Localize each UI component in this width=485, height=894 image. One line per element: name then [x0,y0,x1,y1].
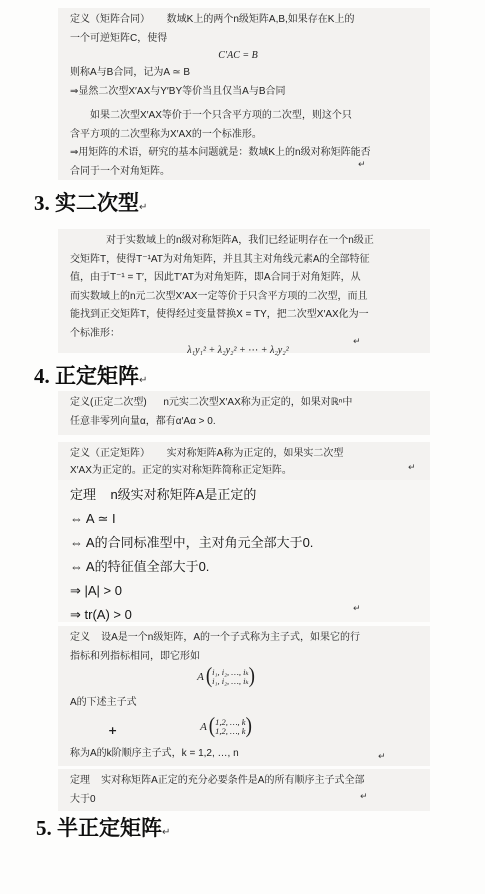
formula-row: 1,2, …, k [215,727,245,737]
text-line: ⇒ tr(A) > 0 [70,603,418,627]
text-line: ⇔ A的合同标准型中，主对角元全部大于0. [70,531,418,555]
paragraph-mark: ↵ [162,827,170,838]
text-line: 值，由于T⁻¹ = T′，因此T′AT为对角矩阵，即A合同于对角矩阵，从 [70,269,418,288]
formula-leading-principal-minor: A ( 1,2, …, k 1,2, …, k ) [76,714,376,740]
paragraph-mark: ↵ [353,337,361,347]
text-line: ⇒显然二次型X′AX与Y′BY等价当且仅当A与B合同 [70,83,418,102]
paragraph-pd-form-definition: 定义(正定二次型) n元实二次型X′AX称为正定的，如果对ℝⁿ中 任意非零列向量… [58,391,430,435]
paragraph-principal-minor-definition: 定义 设A是一个n级矩阵，A的一个子式称为主子式，如果它的行 指标和列指标相同，… [58,626,430,766]
formula-standard-form: λ₁y₁² + λ₂y₂² + ⋯ + λ₂y₂² [88,343,388,359]
text-line: 对于实数域上的n级对称矩阵A，我们已经证明存在一个n级正 [70,232,418,251]
paragraph-mark: ↵ [139,375,147,386]
text-line: 含平方项的二次型称为X′AX的一个标准形。 [70,126,418,145]
paragraph-pd-matrix-definition: 定义（正定矩阵） 实对称矩阵A称为正定的，如果实二次型 X′AX为正定的。正定的… [58,442,430,482]
text-line: ⇒用矩阵的术语，研究的基本问题就是：数域K上的n级对称矩阵能否 [70,144,418,163]
text-line: 一个可逆矩阵C，使得 [70,30,418,49]
paragraph-congruence-definition: 定义（矩阵合同） 数域K上的两个n级矩阵A,B,如果存在K上的 一个可逆矩阵C，… [58,8,430,104]
formula-prefix: A [197,671,204,683]
section-heading-4: 4. 正定矩阵↵ [34,360,147,390]
paragraph-mark: ↵ [139,202,147,213]
left-paren: ( [206,664,212,689]
section-heading-3: 3. 实二次型↵ [34,187,147,217]
right-paren: ) [249,664,255,689]
formula-principal-minor: A ( i₁, i₂, …, iₖ i₁, i₂, …, iₖ ) [76,664,376,690]
heading-text: 3. 实二次型 [34,191,139,215]
paragraph-real-quadratic: 对于实数域上的n级对称矩阵A，我们已经证明存在一个n级正 交矩阵T，使得T⁻¹A… [58,229,430,353]
text-line: 定义(正定二次型) n元实二次型X′AX称为正定的，如果对ℝⁿ中 [70,394,418,413]
text-line: 定义（矩阵合同） 数域K上的两个n级矩阵A,B,如果存在K上的 [70,11,418,30]
right-paren: ) [246,714,252,739]
paragraph-standard-form-note: 如果二次型X′AX等价于一个只含平方项的二次型，则这个只 含平方项的二次型称为X… [58,104,430,180]
text-line: 定义（正定矩阵） 实对称矩阵A称为正定的，如果实二次型 [70,445,418,462]
paragraph-leading-minor-theorem: 定理 实对称矩阵A正定的充分必要条件是A的所有顺序主子式全部 大于0 [58,769,430,811]
paragraph-mark: ↵ [360,792,368,802]
paragraph-mark: ↵ [358,160,366,170]
text-line: 定义 设A是一个n级矩阵，A的一个子式称为主子式，如果它的行 [70,629,418,648]
text-line: 定理 实对称矩阵A正定的充分必要条件是A的所有顺序主子式全部 [70,772,418,791]
formula-prefix: A [200,721,207,733]
text-line: 任意非零列向量α，都有α′Aα > 0. [70,413,418,432]
paragraph-mark: ↵ [408,463,416,473]
section-heading-5: 5. 半正定矩阵↵ [36,812,170,842]
paragraph-mark: ↵ [378,752,386,762]
left-paren: ( [209,714,215,739]
text-line: 能找到正交矩阵T，使得经过变量替换X = TY，把二次型X′AX化为一 [70,306,418,325]
text-line: 如果二次型X′AX等价于一个只含平方项的二次型，则这个只 [70,107,418,126]
text-line: ⇔ A ≃ I [70,507,418,531]
text-line: X′AX为正定的。正定的实对称矩阵简称正定矩阵。 [70,462,418,479]
formula-row: i₁, i₂, …, iₖ [212,677,248,687]
document-page: 定义（矩阵合同） 数域K上的两个n级矩阵A,B,如果存在K上的 一个可逆矩阵C，… [0,0,485,894]
text-line: 而实数域上的n元二次型X′AX一定等价于只含平方项的二次型，而且 [70,288,418,307]
text-line: A的下述主子式 [70,694,418,713]
paragraph-pd-theorem: 定理 n级实对称矩阵A是正定的 ⇔ A ≃ I ⇔ A的合同标准型中，主对角元全… [58,480,430,622]
text-line: 合同于一个对角矩阵。 [70,163,418,182]
text-line: 交矩阵T，使得T⁻¹AT为对角矩阵，并且其主对角线元素A的全部特征 [70,251,418,270]
text-line: 定理 n级实对称矩阵A是正定的 [70,483,418,507]
heading-text: 5. 半正定矩阵 [36,816,162,840]
text-line: 则称A与B合同，记为A ≃ B [70,64,418,83]
text-line: 称为A的k阶顺序主子式，k = 1,2, …, n [70,745,418,764]
heading-text: 4. 正定矩阵 [34,364,139,388]
paragraph-mark: ↵ [353,604,361,614]
text-line: ⇒ |A| > 0 [70,579,418,603]
text-line: ⇔ A的特征值全部大于0. [70,555,418,579]
text-line: 个标准形： [70,325,418,344]
formula-congruence: C′AC = B [88,48,388,64]
